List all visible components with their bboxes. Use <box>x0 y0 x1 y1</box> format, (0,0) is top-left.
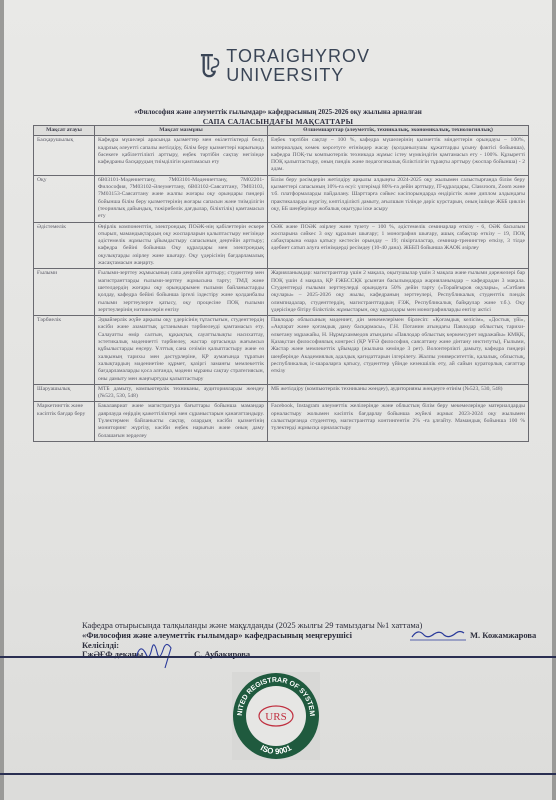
table-row: Ғылыми Ғылыми-зерттеу жұмысының сапа дең… <box>34 269 529 316</box>
table-row: Оқу 6В03101-Мәдениеттану, 7М03101-Мәдени… <box>34 175 529 222</box>
goal-name: Маркетингтік және кәсіптік бағдар беру <box>34 402 95 441</box>
head-signature-icon <box>408 628 468 642</box>
goal-name: Оқу <box>34 175 95 222</box>
goal-criteria: МБ жетілдіру (компьютерлік техниканы жөн… <box>268 384 529 402</box>
goal-name: Шаруашылық <box>34 384 95 402</box>
goal-criteria: Facebook, Instagram әлеуметтік желілерін… <box>268 402 529 441</box>
university-emblem-icon <box>200 38 220 94</box>
goal-name: Тәрбиелік <box>34 316 95 385</box>
column-header-goal-name: Мақсат атауы <box>34 126 95 136</box>
goal-content: Өңірлік компоненттің, электрондық ПОӘК-н… <box>95 222 268 269</box>
goal-content: 6В03101-Мәдениеттану, 7М03101-Мәдениетта… <box>95 175 268 222</box>
goal-content: Ғылыми-зерттеу жұмысының сапа деңгейін а… <box>95 269 268 316</box>
seal-center-text: URS <box>265 711 286 723</box>
table-row: Маркетингтік және кәсіптік бағдар беру Б… <box>34 402 529 441</box>
table-row: Әдістемелік Өңірлік компоненттің, электр… <box>34 222 529 269</box>
divider-bottom <box>0 773 556 775</box>
department-head-label: «Философия және әлеуметтік ғылымдар» каф… <box>82 630 352 640</box>
department-head-name: М. Кожамжарова <box>470 630 536 640</box>
goal-content: Эдвайзерлік жүйе арқылы оқу үдерісінің т… <box>95 316 268 385</box>
goal-criteria: ОӘК және ПОӘК әзірлеу және түзету – 100 … <box>268 222 529 269</box>
table-header-row: Мақсат атауы Мақсат мазмұны Өлшемшарттар… <box>34 126 529 136</box>
table-row: Тәрбиелік Эдвайзерлік жүйе арқылы оқу үд… <box>34 316 529 385</box>
column-header-goal-content: Мақсат мазмұны <box>95 126 268 136</box>
dean-signature-icon <box>132 640 182 670</box>
approval-note: Кафедра отырысында талқыланды және мақұл… <box>82 620 422 630</box>
document-subtitle: «Философия және әлеуметтік ғылымдар» каф… <box>0 108 556 116</box>
goal-name: Басқарушылық <box>34 136 95 175</box>
column-header-criteria: Өлшемшарттар (әлеуметтік, техникалық, эк… <box>268 126 529 136</box>
goal-name: Ғылыми <box>34 269 95 316</box>
goal-criteria: Павлодар облысының мәдениет, дін мекемел… <box>268 316 529 385</box>
brand-line-2: UNIVERSITY <box>226 66 370 85</box>
goal-content: Кафедра мүшелері арасында қызметтер мен … <box>95 136 268 175</box>
divider-top <box>0 656 556 658</box>
goal-name: Әдістемелік <box>34 222 95 269</box>
goal-criteria: Еңбек тәртібін сақтау – 100 %, кафедра м… <box>268 136 529 175</box>
goal-criteria: Білім беру рәсімдерін жетілдіру арқылы а… <box>268 175 529 222</box>
table-row: Басқарушылық Кафедра мүшелері арасында қ… <box>34 136 529 175</box>
table-row: Шаруашылық МТБ дамыту, компьютерлік техн… <box>34 384 529 402</box>
brand-line-1: TORAIGHYROV <box>226 47 370 66</box>
goal-content: Бакалавриат және магистратура бағыттары … <box>95 402 268 441</box>
goal-criteria: Жарияланымдар: магистранттар үшін 2 мақа… <box>268 269 529 316</box>
university-logo: TORAIGHYROV UNIVERSITY <box>200 38 370 94</box>
quality-goals-table: Мақсат атауы Мақсат мазмұны Өлшемшарттар… <box>33 125 529 442</box>
goal-content: МТБ дамыту, компьютерлік техниканы, ауди… <box>95 384 268 402</box>
iso-certification-seal-icon: UNITED REGISTRAR OF SYSTEMS ISO 9001 URS <box>226 666 326 766</box>
